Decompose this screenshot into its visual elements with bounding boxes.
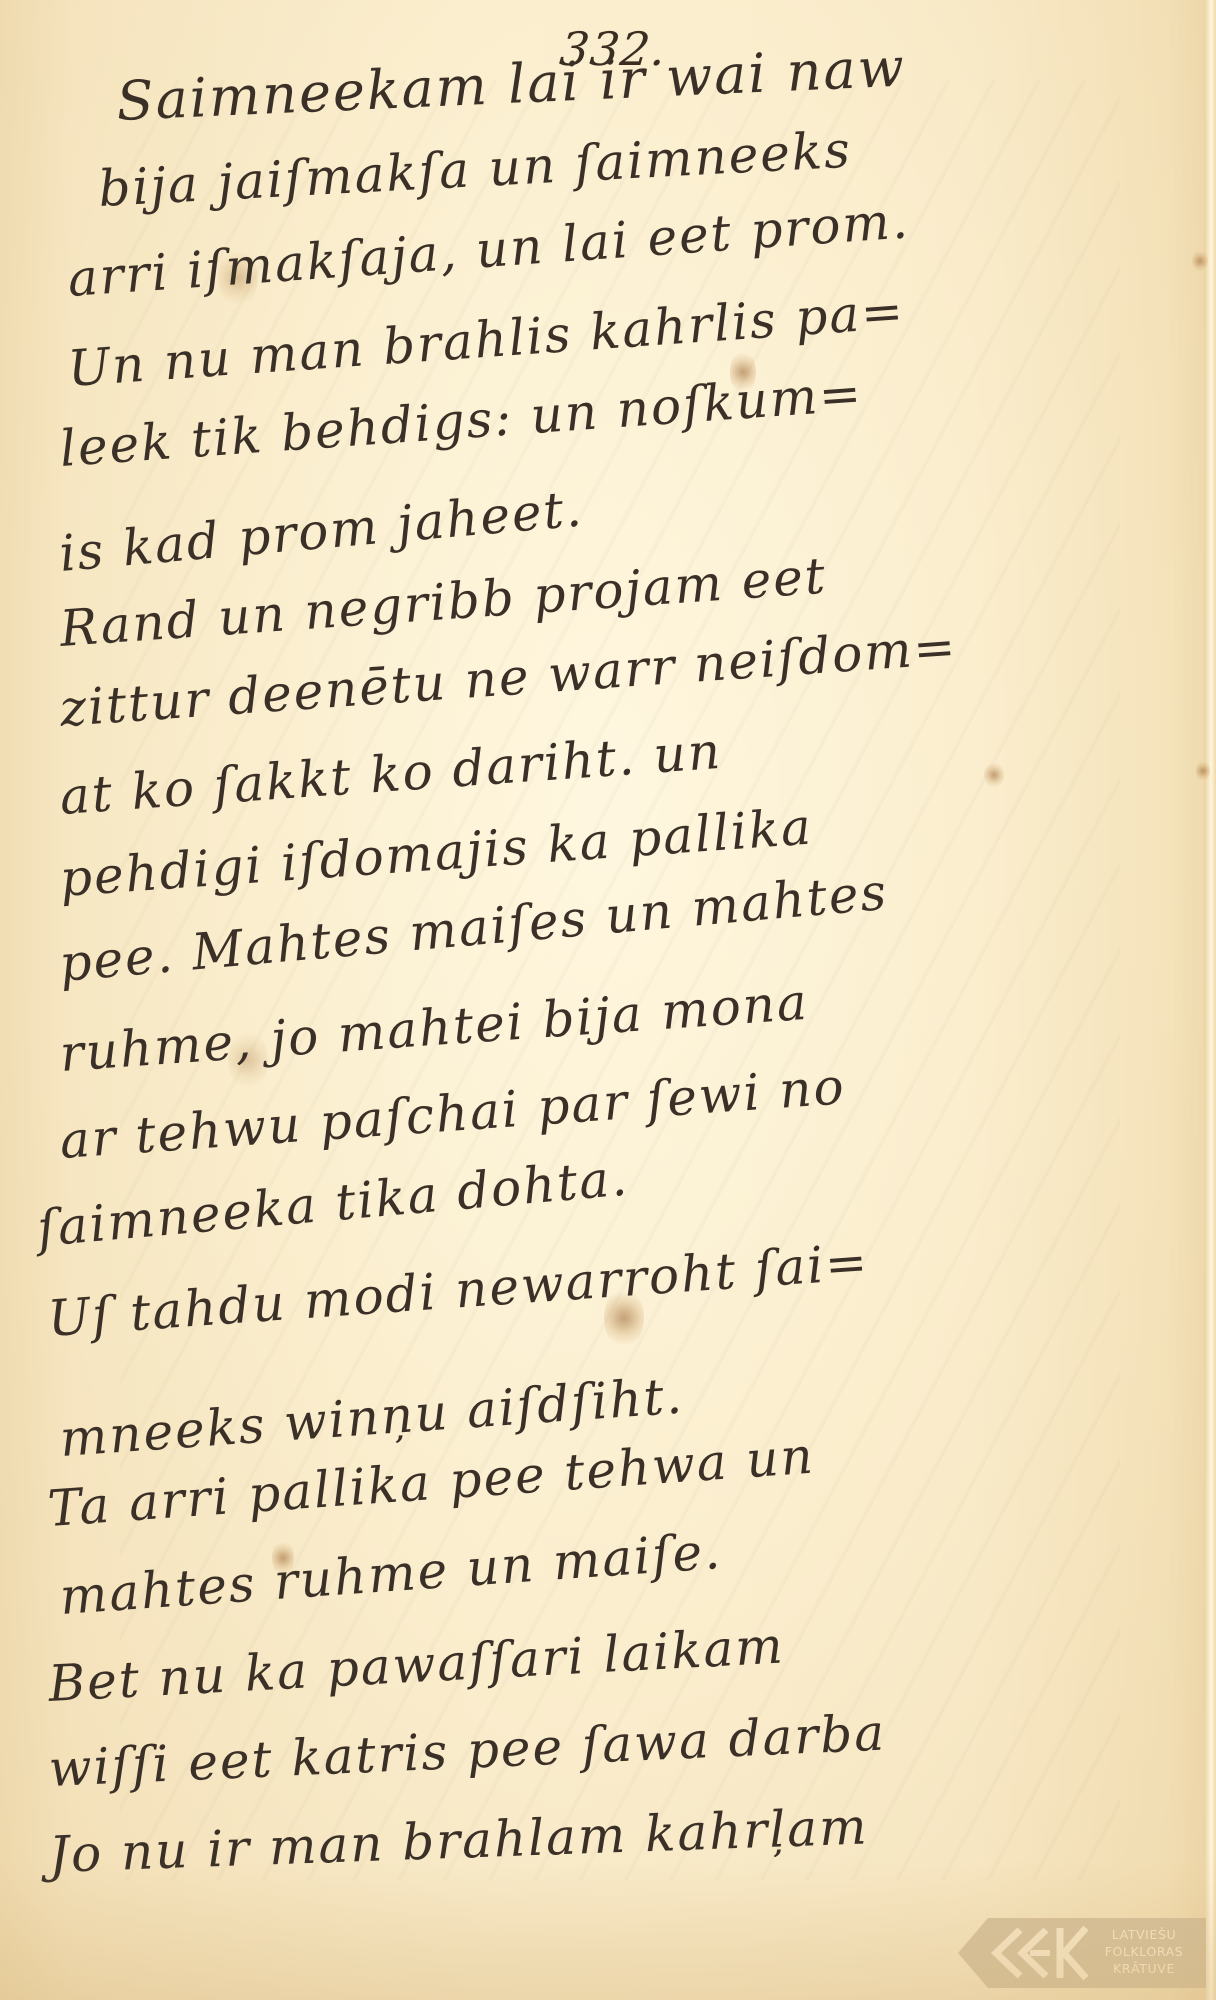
- stain: [984, 762, 1004, 788]
- lfk-watermark-text: LATVIEŠU FOLKLORAS KRĀTUVE: [1088, 1926, 1200, 1977]
- watermark-line: FOLKLORAS: [1088, 1943, 1200, 1960]
- manuscript-page: 332. Saimneekam lai ir wai naw bija jaiſ…: [0, 0, 1216, 2000]
- watermark-line: LATVIEŠU: [1088, 1926, 1200, 1943]
- page-edge: [1204, 0, 1216, 2000]
- text-line: Uſ tahdu modi newarroht ſai=: [46, 1233, 871, 1348]
- text-line: Bet nu ka pawaſſari laikam: [47, 1617, 786, 1713]
- lfk-watermark-logo: LATVIEŠU FOLKLORAS KRĀTUVE: [958, 1918, 1206, 1988]
- text-line: mahtes ruhme un maiſe.: [58, 1522, 724, 1626]
- text-line: Saimneekam lai ir wai naw: [115, 36, 907, 133]
- stain: [1196, 760, 1210, 782]
- text-line: Jo nu ir man brahlam kahrļam: [48, 1797, 869, 1884]
- watermark-line: KRĀTUVE: [1088, 1960, 1200, 1977]
- text-line: is kad prom jaheet.: [57, 479, 586, 583]
- stain: [1192, 250, 1208, 272]
- text-line: wiſſi eet katris pee ſawa darba: [47, 1704, 887, 1798]
